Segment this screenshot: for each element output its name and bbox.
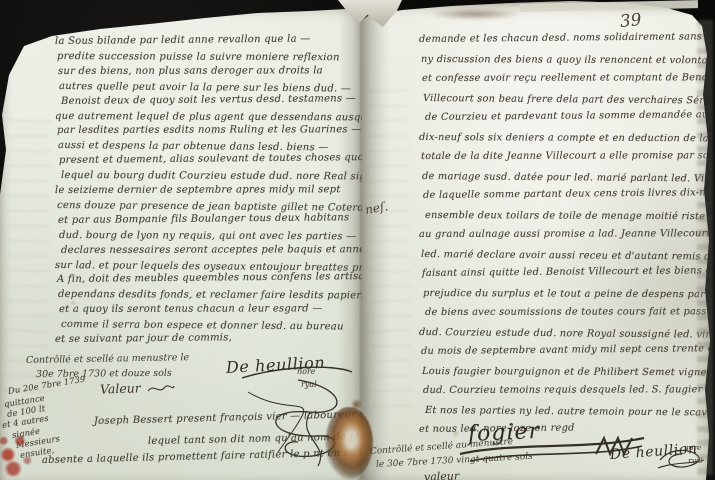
red-ink-stain	[0, 424, 44, 480]
left-page: la Sous bilande par ledit anne revallon …	[0, 0, 362, 480]
right-page: 39 neſ. demande et les chacun desd. noms…	[362, 0, 715, 480]
manuscript-line: de mariage susd. datée pour led. marié p…	[422, 171, 715, 186]
gutter-burn-stain	[325, 407, 373, 479]
manuscript-scan: la Sous bilande par ledit anne revallon …	[0, 0, 715, 480]
manuscript-line: ny discussion des biens a quoy ils renon…	[421, 54, 715, 67]
control-note-line: Contrôllé et scellé au menustre le	[26, 353, 189, 365]
manuscript-line: au grand aulnage aussi promise a lad. Je…	[419, 228, 715, 241]
manuscript-line: led. marié declare avoir aussi receu et …	[421, 249, 715, 264]
manuscript-line: Louis faugier bourguignon et de Philiber…	[422, 366, 715, 379]
manuscript-line: dix-neuf sols six deniers a compte et en…	[419, 132, 715, 145]
manuscript-line: dud. Courzieu temoins requis desquels le…	[423, 384, 715, 397]
notary-title: ryal	[301, 381, 317, 389]
manuscript-line: declares nessesaires seront acceptes pel…	[61, 244, 385, 257]
manuscript-line: de biens avec soumissions de toutes cour…	[425, 306, 715, 319]
manuscript-line: Benoist deux de quoy soit les vertus des…	[61, 93, 356, 108]
valeur-mark: Valeur	[100, 382, 141, 396]
manuscript-line: faisant ainsi quitte led. Benoist Villec…	[422, 265, 715, 280]
manuscript-line: et par aus Bompanie fils Boulanger tous …	[58, 212, 349, 227]
manuscript-line: dud. Courzieu estude dud. nore Royal sou…	[419, 327, 715, 342]
manuscript-line: que autrement lequel de plus agent que d…	[55, 111, 382, 124]
right-deckle-edge	[697, 20, 713, 475]
manuscript-line: prejudice du surplus et le tout a peine …	[423, 288, 715, 301]
manuscript-line: Et nos les parties ny led. autre temoin …	[425, 405, 715, 420]
manuscript-line: ensemble deux toilars de toile de menage…	[425, 210, 715, 223]
manuscript-line: totale de la dite Jeanne Villecourt a el…	[421, 150, 715, 163]
manuscript-line: le seizieme dernier de septembre apres m…	[55, 184, 341, 197]
manuscript-line: comme il serra bon espece et donner lesd…	[61, 319, 344, 333]
manuscript-line: de laquelle somme partant deux cens troi…	[423, 187, 715, 202]
burn-spot	[351, 398, 362, 411]
manuscript-line: predite succession puisse la suivre moni…	[57, 51, 340, 64]
foxing-spot	[70, 300, 77, 306]
manuscript-line: demande et les chacun desd. noms solidai…	[419, 31, 715, 46]
manuscript-line: par lesdites parties esdits noms Ruling …	[57, 125, 361, 138]
top-edge-smudge	[428, 8, 523, 20]
manuscript-line: sur des biens, non plus sans deroger aux…	[58, 65, 323, 78]
manuscript-line: dependans desdits fonds, et reclamer fai…	[58, 289, 367, 302]
valeur-paraph-icon	[146, 381, 176, 397]
manuscript-line: et a quoy ils seront tenus chacun a leur…	[59, 303, 323, 316]
manuscript-line: dud. bourg de lyon ny requis, qui ont av…	[59, 230, 357, 243]
foxing-spot	[452, 430, 460, 437]
manuscript-line: lequel au bourg dudit Courzieu estude du…	[61, 170, 379, 183]
valeur-mark: valeur	[424, 470, 460, 480]
manuscript-line: Villecourt son beau frere dela part des …	[423, 93, 715, 107]
manuscript-line: present et duement, alias soulevant de t…	[59, 152, 368, 167]
manuscript-line: la Sous bilande par ledit anne revallon …	[55, 34, 311, 48]
foxing-spot	[210, 130, 216, 135]
folio-number: 39	[619, 12, 642, 31]
manuscript-line: et se suivant par jour de commis,	[55, 332, 232, 346]
manuscript-line: A fin, doit des meubles queembles nous c…	[57, 271, 377, 286]
manuscript-line: et confesse avoir reçu reellement et com…	[422, 72, 715, 85]
control-note-line: le 30e 7bre 1730 vingt quatre sols	[376, 453, 533, 470]
gutter-shadow-right	[362, 0, 390, 480]
manuscript-line: du mois de septembre avant midy mil sept…	[421, 343, 715, 358]
manuscript-line: de Courzieu et pardevant tous la somme d…	[425, 109, 715, 124]
notary-title: nore	[297, 368, 316, 376]
